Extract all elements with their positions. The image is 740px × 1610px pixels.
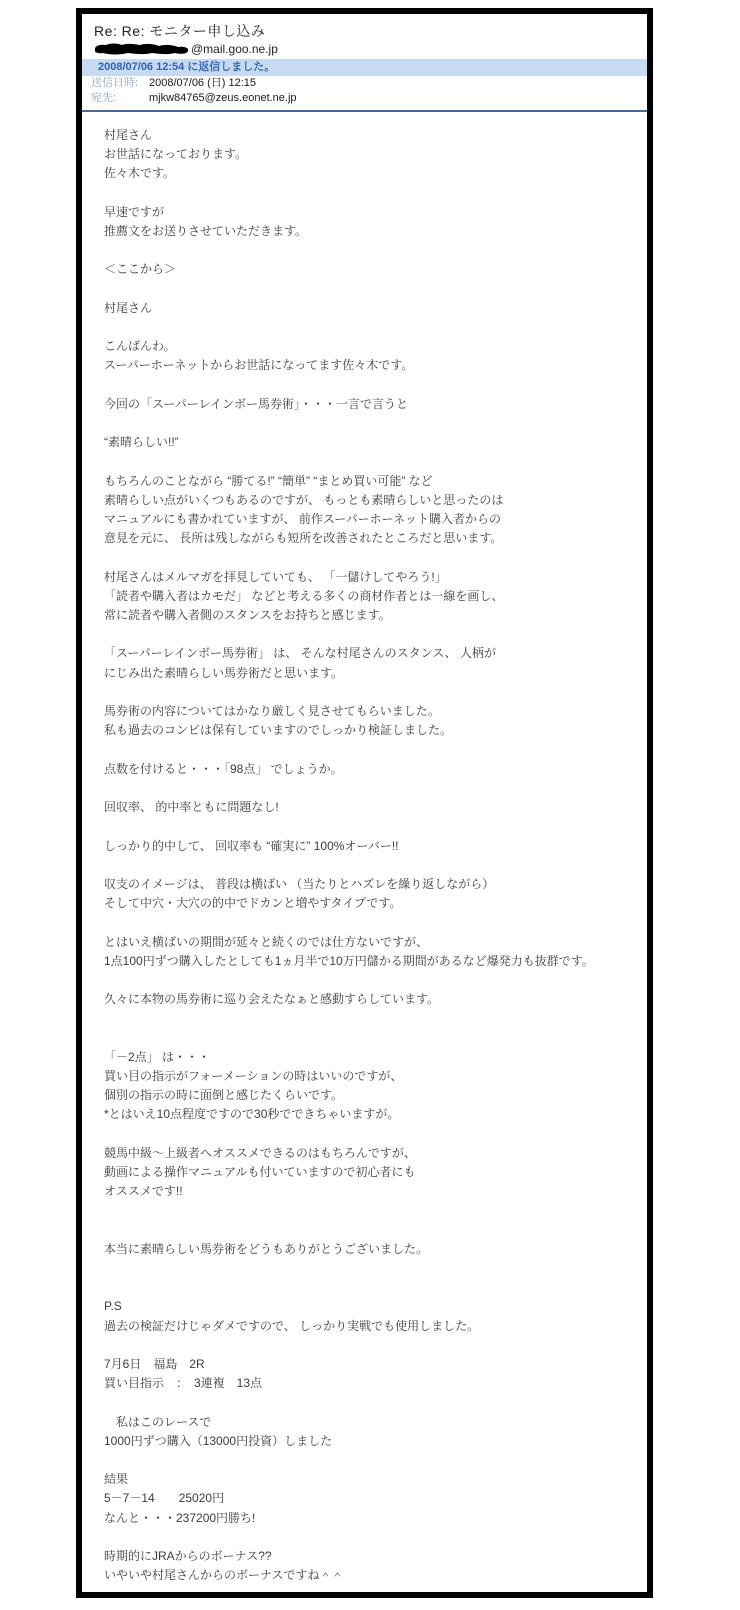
recipient-label: 宛先: bbox=[91, 91, 149, 106]
body-line bbox=[104, 1009, 637, 1028]
body-line bbox=[104, 856, 637, 875]
body-line bbox=[104, 817, 637, 836]
body-line bbox=[104, 1278, 637, 1297]
body-line: 本当に素晴らしい馬券術をどうもありがとうございました。 bbox=[104, 1240, 637, 1259]
body-line: 常に読者や購入者側のスタンスをお持ちと感じます。 bbox=[104, 606, 637, 625]
body-line bbox=[104, 1528, 637, 1547]
email-subject: Re: Re: モニター申し込み bbox=[94, 21, 647, 41]
sent-date-label: 送信日時: bbox=[91, 76, 149, 91]
body-line: 買い目指示 ： 3連複 13点 bbox=[104, 1374, 637, 1393]
body-line: 過去の検証だけじゃダメですので、 しっかり実戦でも使用しました。 bbox=[104, 1317, 637, 1336]
body-line: 推薦文をお送りさせていただきます。 bbox=[104, 222, 637, 241]
body-line: 個別の指示の時に面倒と感じたくらいです。 bbox=[104, 1086, 637, 1105]
body-line: とはいえ横ばいの期間が延々と続くのでは仕方ないですが、 bbox=[104, 933, 637, 952]
body-line bbox=[104, 1125, 637, 1144]
replied-info-banner[interactable]: 2008/07/06 12:54 に返信しました。 bbox=[82, 59, 647, 76]
sent-date-row: 送信日時: 2008/07/06 (日) 12:15 bbox=[82, 76, 647, 91]
body-line bbox=[104, 1336, 637, 1355]
body-line: 「スーパーレインボー馬券術」 は、 そんな村尾さんのスタンス、 人柄が bbox=[104, 644, 637, 663]
body-line: 7月6日 福島 2R bbox=[104, 1355, 637, 1374]
mail-message-window: Re: Re: モニター申し込み @mail.goo.ne.jp 2008/07… bbox=[76, 8, 653, 1598]
body-line bbox=[104, 913, 637, 932]
body-line: 私はこのレースで bbox=[104, 1413, 637, 1432]
body-line bbox=[104, 184, 637, 203]
body-line: 村尾さんはメルマガを拝見していても、 「一儲けしてやろう!」 bbox=[104, 568, 637, 587]
body-line bbox=[104, 1451, 637, 1470]
body-line: 収支のイメージは、 普段は横ばい （当たりとハズレを繰り返しながら） bbox=[104, 875, 637, 894]
body-line: もちろんのことながら “勝てる!” “簡単” “まとめ買い可能” など bbox=[104, 472, 637, 491]
body-line: にじみ出た素晴らしい馬券術だと思います。 bbox=[104, 664, 637, 683]
body-line bbox=[104, 1201, 637, 1220]
body-line bbox=[104, 280, 637, 299]
body-line: 「読者や購入者はカモだ」 などと考える多くの商材作者とは一線を画し、 bbox=[104, 587, 637, 606]
body-line: 村尾さん bbox=[104, 126, 637, 145]
body-line bbox=[104, 1393, 637, 1412]
email-body: 村尾さんお世話になっております。佐々木です。 早速ですが推薦文をお送りさせていた… bbox=[82, 112, 647, 1585]
mail-header: Re: Re: モニター申し込み @mail.goo.ne.jp 2008/07… bbox=[82, 14, 647, 112]
body-line: 5－7－14 25020円 bbox=[104, 1489, 637, 1508]
body-line bbox=[104, 741, 637, 760]
body-line: 1000円ずつ購入（13000円投資）しました bbox=[104, 1432, 637, 1451]
body-line: 村尾さん bbox=[104, 299, 637, 318]
recipient-row: 宛先: mjkw84765@zeus.eonet.ne.jp bbox=[82, 91, 647, 106]
body-line: 佐々木です。 bbox=[104, 164, 637, 183]
body-line: 時期的にJRAからのボーナス?? bbox=[104, 1547, 637, 1566]
sent-date-value: 2008/07/06 (日) 12:15 bbox=[149, 76, 256, 91]
body-line: 私も過去のコンビは保有していますのでしっかり検証しました。 bbox=[104, 721, 637, 740]
body-line: P.S bbox=[104, 1297, 637, 1316]
body-line bbox=[104, 683, 637, 702]
screenshot-canvas: Re: Re: モニター申し込み @mail.goo.ne.jp 2008/07… bbox=[0, 0, 740, 1610]
body-line: “素晴らしい!!” bbox=[104, 433, 637, 452]
body-line: ＜ここから＞ bbox=[104, 260, 637, 279]
body-line bbox=[104, 376, 637, 395]
body-line: *とはいえ10点程度ですので30秒でできちゃいますが。 bbox=[104, 1105, 637, 1124]
body-line: オススメです!! bbox=[104, 1182, 637, 1201]
body-line: 結果 bbox=[104, 1470, 637, 1489]
body-line bbox=[104, 625, 637, 644]
body-line: 今回の「スーパーレインボー馬券術」・・・一言で言うと bbox=[104, 395, 637, 414]
body-line bbox=[104, 241, 637, 260]
body-line bbox=[104, 1029, 637, 1048]
redacted-sender-name bbox=[91, 42, 191, 56]
body-line: 久々に本物の馬券術に巡り会えたなぁと感動すらしています。 bbox=[104, 990, 637, 1009]
body-line: 馬券術の内容についてはかなり厳しく見させてもらいました。 bbox=[104, 702, 637, 721]
body-line: しっかり的中して、 回収率も “確実に” 100%オーバー!! bbox=[104, 837, 637, 856]
body-line: マニュアルにも書かれていますが、 前作スーパーホーネット購入者からの bbox=[104, 510, 637, 529]
body-line: いやいや村尾さんからのボーナスですね＾＾ bbox=[104, 1566, 637, 1585]
body-line: 買い目の指示がフォーメーションの時はいいのですが、 bbox=[104, 1067, 637, 1086]
body-line bbox=[104, 318, 637, 337]
body-line: 点数を付けると・・・「98点」 でしょうか。 bbox=[104, 760, 637, 779]
body-line bbox=[104, 452, 637, 471]
body-line: 競馬中級～上級者へオススメできるのはもちろんですが、 bbox=[104, 1144, 637, 1163]
body-line bbox=[104, 971, 637, 990]
body-line: 早速ですが bbox=[104, 203, 637, 222]
body-line: なんと・・・237200円勝ち! bbox=[104, 1509, 637, 1528]
body-line bbox=[104, 414, 637, 433]
body-line: 回収率、 的中率ともに問題なし! bbox=[104, 798, 637, 817]
body-line bbox=[104, 1221, 637, 1240]
email-sender: @mail.goo.ne.jp bbox=[91, 42, 647, 56]
body-line bbox=[104, 1259, 637, 1278]
body-line: お世話になっております。 bbox=[104, 145, 637, 164]
body-line bbox=[104, 548, 637, 567]
body-line: 意見を元に、 長所は残しながらも短所を改善されたところだと思います。 bbox=[104, 529, 637, 548]
recipient-value: mjkw84765@zeus.eonet.ne.jp bbox=[149, 91, 297, 106]
body-line: こんばんわ。 bbox=[104, 337, 637, 356]
body-line: スーパーホーネットからお世話になってます佐々木です。 bbox=[104, 356, 637, 375]
body-line: 1点100円ずつ購入したとしても1ヵ月半で10万円儲かる期間があるなど爆発力も抜… bbox=[104, 952, 637, 971]
body-line: 「－2点」 は・・・ bbox=[104, 1048, 637, 1067]
sender-domain: @mail.goo.ne.jp bbox=[191, 42, 278, 56]
body-line: 動画による操作マニュアルも付いていますので初心者にも bbox=[104, 1163, 637, 1182]
body-line: そして中穴・大穴の的中でドカンと増やすタイプです。 bbox=[104, 894, 637, 913]
body-line: 素晴らしい点がいくつもあるのですが、 もっとも素晴らしいと思ったのは bbox=[104, 491, 637, 510]
body-line bbox=[104, 779, 637, 798]
